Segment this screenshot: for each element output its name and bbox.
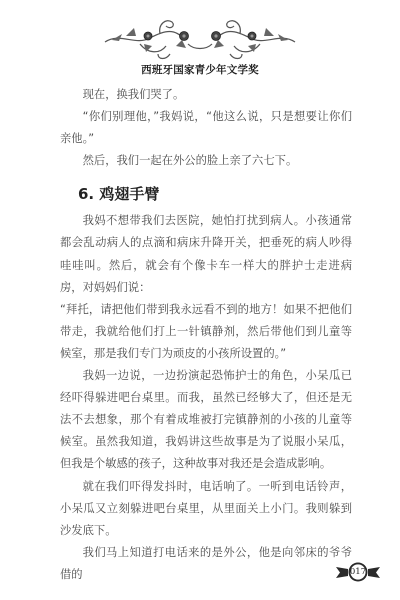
section-heading: 6. 鸡翅手臂 (78, 182, 352, 206)
page-number: 017 (349, 564, 367, 580)
paragraph: 我妈不想带我们去医院，她怕打扰到病人。小孩通常都会乱动病人的点滴和病床升降开关，… (60, 210, 352, 298)
paragraph: 然后，我们一起在外公的脸上亲了六七下。 (60, 150, 352, 172)
paragraph: 就在我们吓得发抖时，电话响了。一听到电话铃声，小呆瓜又立刻躲进吧台桌里，从里面关… (60, 476, 352, 542)
paragraph: 我妈一边说，一边扮演起恐怖护士的角色，小呆瓜已经吓得躲进吧台桌里。而我，虽然已经… (60, 365, 352, 475)
series-title: 西班牙国家青少年文学奖 (100, 62, 300, 77)
page-header-ornament: 西班牙国家青少年文学奖 (100, 14, 300, 80)
paragraph: “拜托，请把他们带到我永远看不到的地方！如果不把他们带走，我就给他们打上一针镇静… (60, 299, 352, 365)
page-number-badge: 017 (336, 561, 380, 583)
paragraph: 我们马上知道打电话来的是外公，他是向邻床的爷爷借的 (60, 542, 352, 586)
floral-ornament-icon (100, 14, 300, 64)
page-body: 现在，换我们哭了。 “你们别理他，”我妈说，“他这么说，只是想要让你们亲他。” … (60, 84, 352, 586)
paragraph: 现在，换我们哭了。 (60, 84, 352, 106)
paragraph: “你们别理他，”我妈说，“他这么说，只是想要让你们亲他。” (60, 106, 352, 150)
